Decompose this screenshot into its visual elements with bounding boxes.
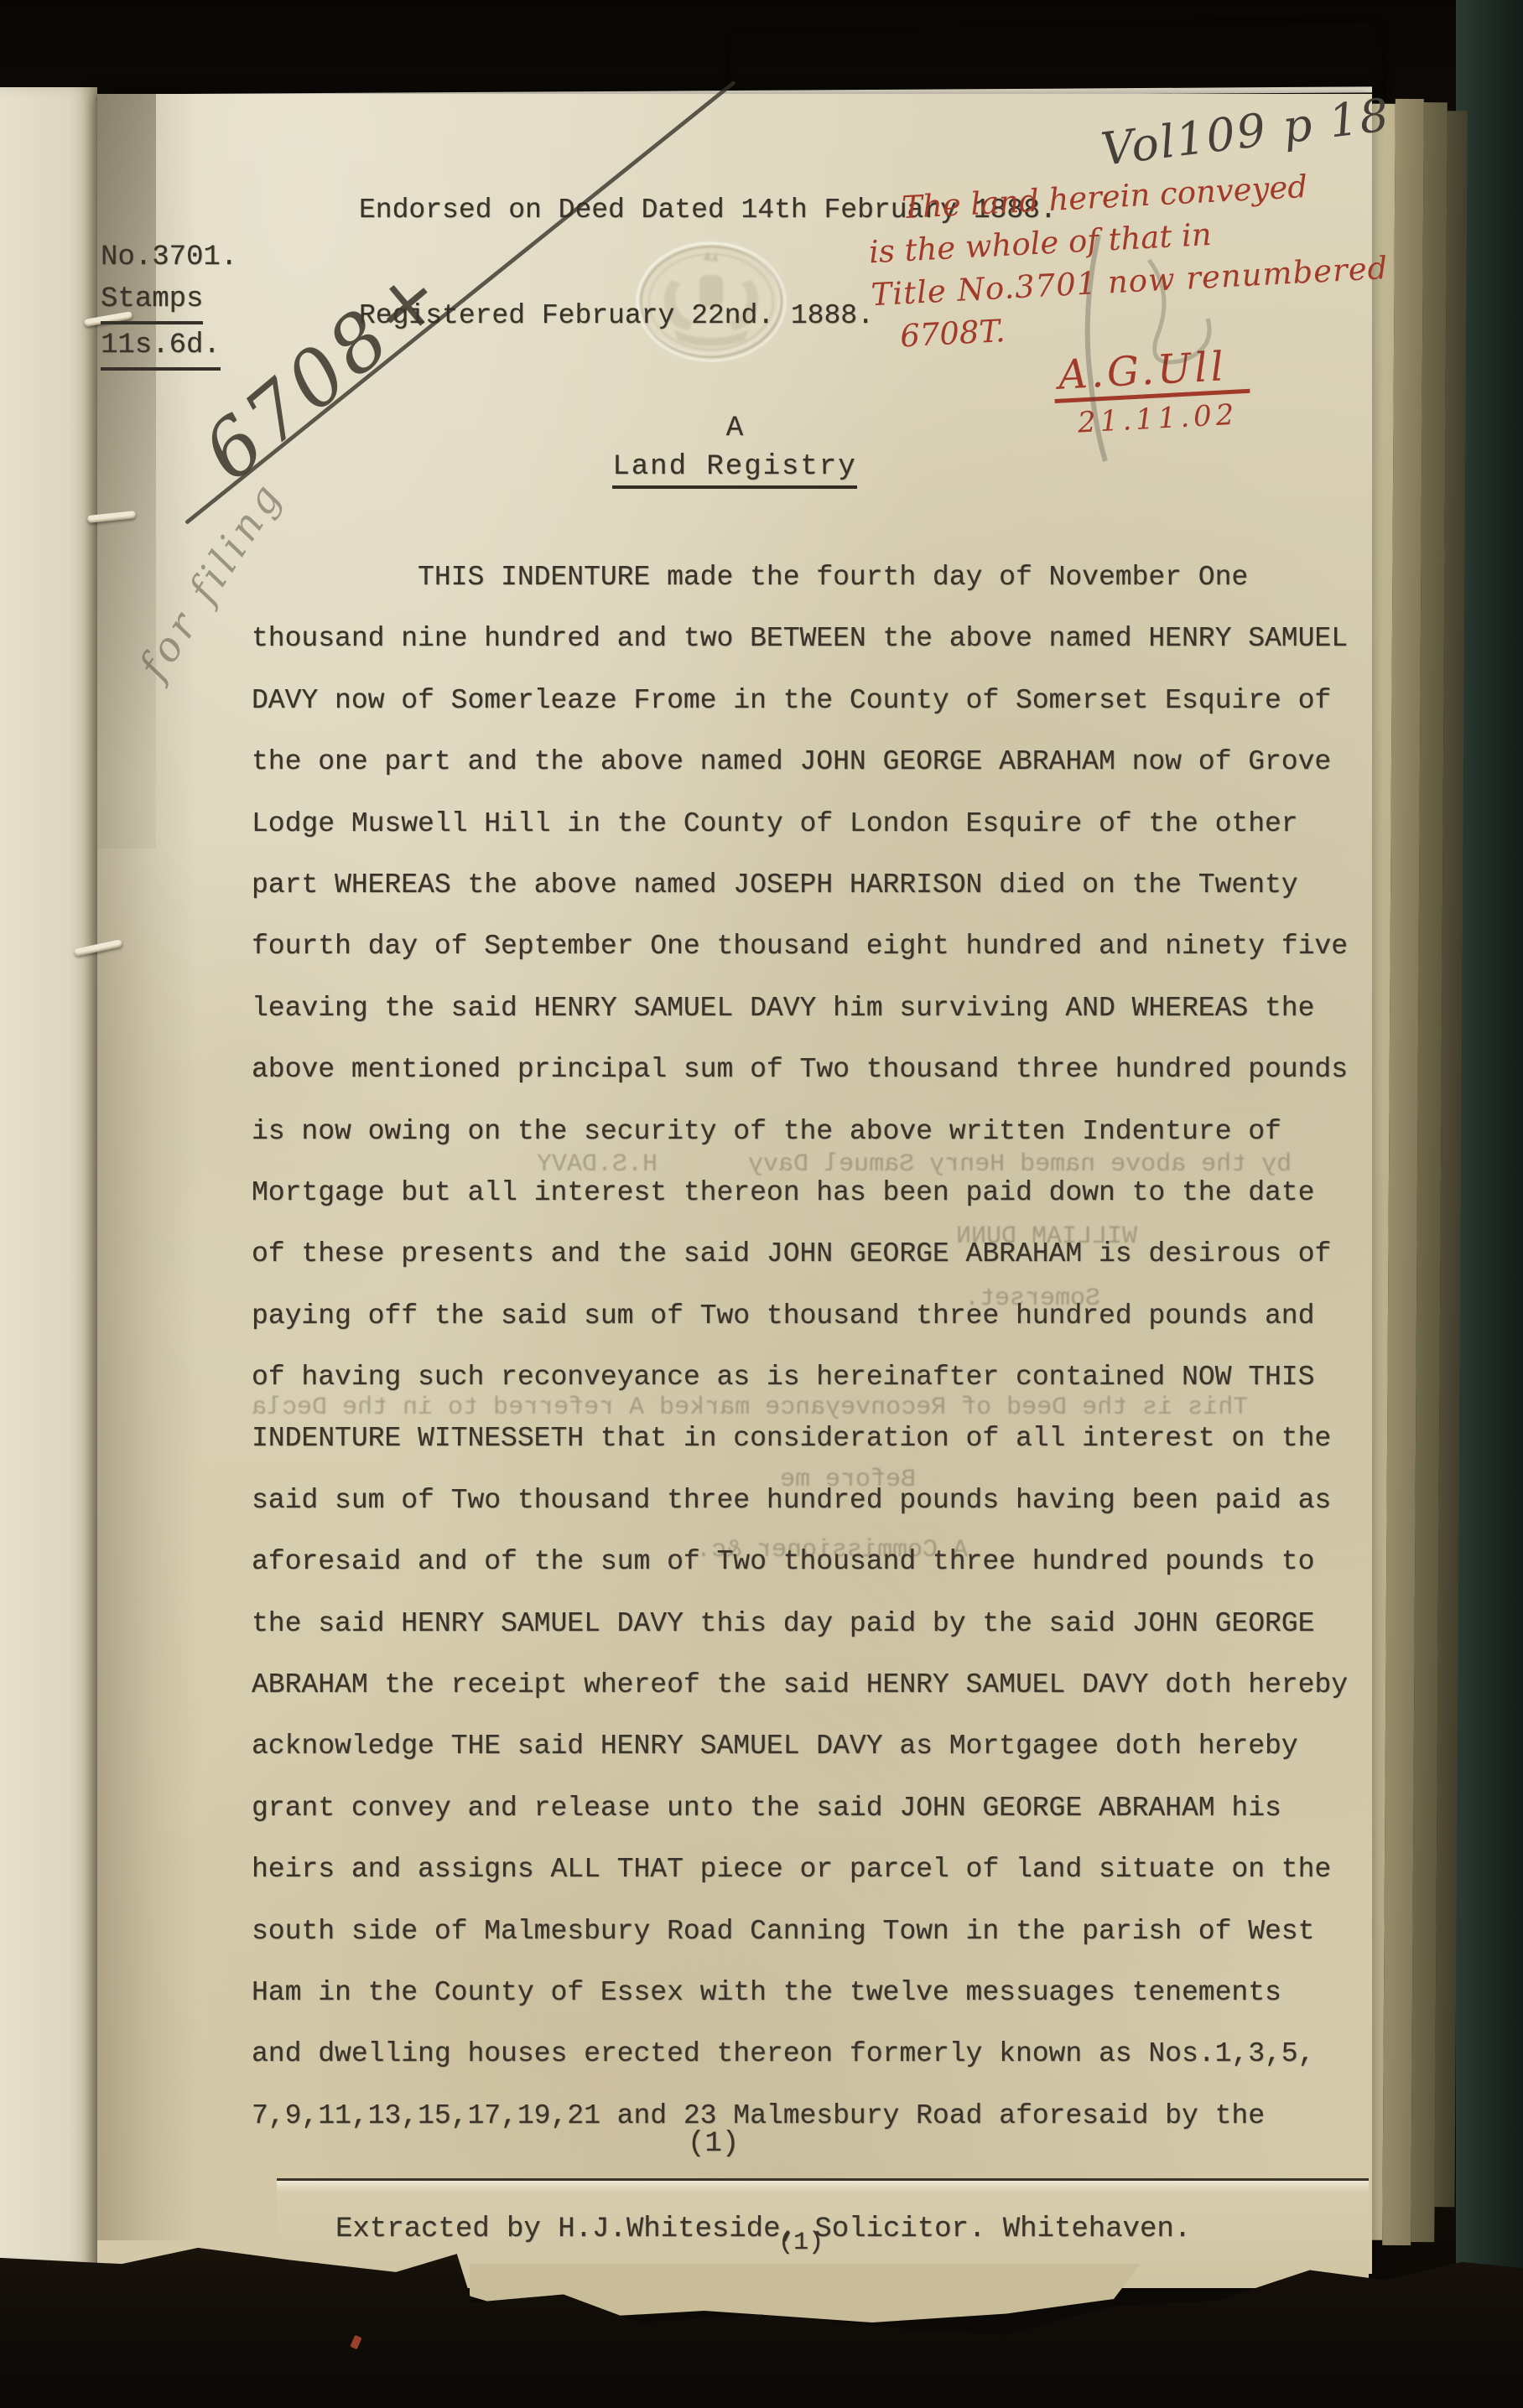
stamp-block: No.3701. Stamps 11s.6d. <box>101 236 237 371</box>
deed-body-line: aforesaid and of the sum of Two thousand… <box>252 1531 1348 1592</box>
extraction-note: Extracted by H.J.Whiteside, Solicitor. W… <box>335 2213 1191 2245</box>
document-title-text: Land Registry <box>612 451 856 489</box>
footer-page-number: (1) <box>778 2229 824 2257</box>
deed-body-line: DAVY now of Somerleaze Frome in the Coun… <box>252 670 1348 731</box>
deed-body-line: south side of Malmesbury Road Canning To… <box>252 1901 1348 1962</box>
deed-body-line: is now owing on the security of the abov… <box>252 1101 1348 1162</box>
deed-body-line: leaving the said HENRY SAMUEL DAVY him s… <box>252 978 1348 1039</box>
underlying-page-edge <box>0 87 97 2269</box>
book-cover-edge <box>1456 0 1523 2408</box>
deed-body-line: and dwelling houses erected thereon form… <box>252 2023 1348 2084</box>
deed-body-line: Ham in the County of Essex with the twel… <box>252 1962 1348 2023</box>
deed-body-line: the said HENRY SAMUEL DAVY this day paid… <box>252 1593 1348 1654</box>
deed-body-line: of having such reconveyance as is herein… <box>252 1347 1348 1408</box>
deed-body-line: paying off the said sum of Two thousand … <box>252 1285 1348 1347</box>
deed-body-line: Mortgage but all interest thereon has be… <box>252 1162 1348 1223</box>
deed-body-line: ABRAHAM the receipt whereof the said HEN… <box>252 1654 1348 1715</box>
deed-body: THIS INDENTURE made the fourth day of No… <box>252 547 1348 2146</box>
deed-body-line: acknowledge THE said HENRY SAMUEL DAVY a… <box>252 1715 1348 1777</box>
deed-body-line: INDENTURE WITNESSETH that in considerati… <box>252 1408 1348 1469</box>
deed-body-line: THIS INDENTURE made the fourth day of No… <box>252 547 1348 608</box>
stamps-label: Stamps <box>101 278 203 324</box>
deed-body-line: grant convey and release unto the said J… <box>252 1777 1348 1839</box>
deed-body-line: above mentioned principal sum of Two tho… <box>252 1039 1348 1100</box>
document-title: Land Registry <box>97 451 1372 489</box>
deed-body-line: part WHEREAS the above named JOSEPH HARR… <box>252 854 1348 916</box>
deed-body-line: of these presents and the said JOHN GEOR… <box>252 1223 1348 1284</box>
deed-body-line: Lodge Muswell Hill in the County of Lond… <box>252 793 1348 854</box>
marginal-letter: A <box>97 413 1372 444</box>
deed-body-line: 7,9,11,13,15,17,19,21 and 23 Malmesbury … <box>252 2085 1348 2146</box>
deed-body-line: heirs and assigns ALL THAT piece or parc… <box>252 1839 1348 1900</box>
deed-number: No.3701. <box>101 236 237 278</box>
page-number: (1) <box>688 2128 739 2160</box>
deed-body-line: the one part and the above named JOHN GE… <box>252 731 1348 792</box>
document-scan: Endorsed on Deed Dated 14th February 188… <box>0 0 1523 2408</box>
deed-body-line: fourth day of September One thousand eig… <box>252 916 1348 977</box>
stamps-value: 11s.6d. <box>101 324 221 371</box>
deed-body-line: thousand nine hundred and two BETWEEN th… <box>252 608 1348 669</box>
deed-body-line: said sum of Two thousand three hundred p… <box>252 1470 1348 1531</box>
